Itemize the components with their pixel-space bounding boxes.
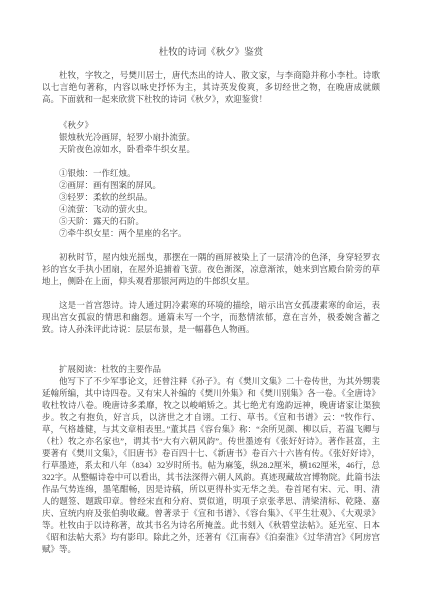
poem-title: 《秋夕》 (42, 119, 380, 131)
poem-line: 天阶夜色凉如水，卧看牵牛织女星。 (42, 143, 380, 155)
appreciation-paragraph: 这是一首宫怨诗。诗人通过阴冷素寒的环境的描绘，暗示出宫女孤凄素寒的命运，表现出宫… (42, 299, 380, 335)
document-content: 杜牧的诗词《秋夕》鉴赏 杜牧，字牧之，号樊川居士，唐代杰出的诗人、散文家，与李商… (0, 0, 423, 555)
annotation-item: ⑦牵牛织女星：两个星座的名字。 (42, 227, 380, 239)
intro-paragraph: 杜牧，字牧之，号樊川居士，唐代杰出的诗人、散文家，与李商隐并称小李杜。诗歌以七言… (42, 69, 380, 105)
annotation-item: ①银烛：一作红烛。 (42, 167, 380, 179)
annotation-item: ⑤天阶：露天的石阶。 (42, 215, 380, 227)
annotation-item: ④流萤：飞动的萤火虫。 (42, 203, 380, 215)
page-title: 杜牧的诗词《秋夕》鉴赏 (42, 47, 380, 59)
annotation-list: ①银烛：一作红烛。 ②画屏：画有图案的屏风。 ③轻罗：柔软的丝织品。 ④流萤：飞… (42, 167, 380, 239)
annotation-item: ②画屏：画有图案的屏风。 (42, 179, 380, 191)
annotation-item: ③轻罗：柔软的丝织品。 (42, 191, 380, 203)
extended-reading-heading: 扩展阅读：杜牧的主要作品 (42, 363, 380, 375)
appreciation-paragraph: 初秋时节，屋内烛光摇曳，那摆在一隅的画屏被染上了一层清冷的色泽，身穿轻罗衣衫的宫… (42, 251, 380, 287)
poem-line: 银烛秋光冷画屏，轻罗小扇扑流萤。 (42, 131, 380, 143)
extended-reading-body: 他写下了不少军事论文，还曾注释《孙子》。有《樊川文集》二十卷传世，为其外甥裴延翰… (42, 375, 380, 555)
document-page: 杜牧的诗词《秋夕》鉴赏 杜牧，字牧之，号樊川居士，唐代杰出的诗人、散文家，与李商… (0, 0, 423, 600)
